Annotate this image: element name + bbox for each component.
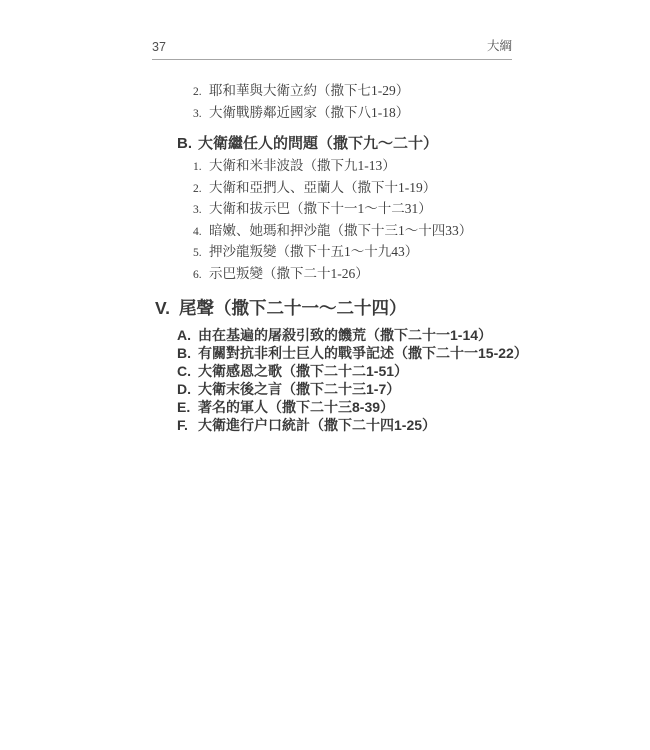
outline-content: 2. 耶和華與大衛立約（撒下七1-29） 3. 大衛戰勝鄰近國家（撒下八1-18… (152, 80, 524, 434)
section-title: 尾聲（撒下二十一～二十四） (179, 294, 407, 322)
section-title: 大衛繼任人的問題（撒下九～二十） (198, 132, 438, 155)
item-number: 2. (193, 82, 209, 104)
section-v-heading: V. 尾聲（撒下二十一～二十四） (152, 294, 524, 322)
item-number: 3. (193, 200, 209, 222)
item-text: 著名的軍人（撒下二十三8-39） (198, 398, 394, 416)
item-text: 大衛感恩之歌（撒下二十二1-51） (198, 362, 408, 380)
item-letter: D. (177, 380, 198, 398)
item-letter: C. (177, 362, 198, 380)
outline-item: 2. 大衛和亞捫人、亞蘭人（撒下十1-19） (152, 177, 524, 199)
outline-item: B. 有關對抗非利士巨人的戰爭記述（撒下二十一15-22） (152, 344, 524, 362)
outline-item: 3. 大衛戰勝鄰近國家（撒下八1-18） (152, 102, 524, 124)
item-text: 大衛和亞捫人、亞蘭人（撒下十1-19） (209, 177, 436, 199)
item-text: 由在基遍的屠殺引致的饑荒（撒下二十一1-14） (198, 326, 492, 344)
item-number: 6. (193, 265, 209, 287)
item-letter: E. (177, 398, 198, 416)
outline-item: D. 大衛末後之言（撒下二十三1-7） (152, 380, 524, 398)
outline-item: 5. 押沙龍叛變（撒下十五1～十九43） (152, 241, 524, 263)
outline-item: 3. 大衛和拔示巴（撒下十一1～十二31） (152, 198, 524, 220)
item-text: 耶和華與大衛立約（撒下七1-29） (209, 80, 409, 102)
page-header: 37 大綱 (152, 36, 512, 60)
item-number: 5. (193, 243, 209, 265)
item-letter: A. (177, 326, 198, 344)
item-text: 大衛末後之言（撒下二十三1-7） (198, 380, 400, 398)
outline-item: 1. 大衛和米非波設（撒下九1-13） (152, 155, 524, 177)
outline-item: 6. 示巴叛變（撒下二十1-26） (152, 263, 524, 285)
item-text: 暗嫩、她瑪和押沙龍（撒下十三1～十四33） (209, 220, 472, 242)
outline-item: E. 著名的軍人（撒下二十三8-39） (152, 398, 524, 416)
item-text: 示巴叛變（撒下二十1-26） (209, 263, 369, 285)
outline-item: F. 大衛進行户口統計（撒下二十四1-25） (152, 416, 524, 434)
item-text: 大衛和拔示巴（撒下十一1～十二31） (209, 198, 432, 220)
item-number: 3. (193, 104, 209, 126)
section-b-heading: B. 大衛繼任人的問題（撒下九～二十） (152, 132, 524, 155)
item-number: 2. (193, 179, 209, 201)
item-text: 大衛進行户口統計（撒下二十四1-25） (198, 416, 436, 434)
running-title: 大綱 (487, 36, 512, 54)
outline-item: A. 由在基遍的屠殺引致的饑荒（撒下二十一1-14） (152, 326, 524, 344)
item-text: 押沙龍叛變（撒下十五1～十九43） (209, 241, 418, 263)
item-text: 有關對抗非利士巨人的戰爭記述（撒下二十一15-22） (198, 344, 528, 362)
item-letter: F. (177, 416, 198, 434)
item-number: 1. (193, 157, 209, 179)
item-text: 大衛和米非波設（撒下九1-13） (209, 155, 396, 177)
item-text: 大衛戰勝鄰近國家（撒下八1-18） (209, 102, 409, 124)
item-letter: B. (177, 344, 198, 362)
section-roman-numeral: V. (155, 294, 179, 322)
outline-item: C. 大衛感恩之歌（撒下二十二1-51） (152, 362, 524, 380)
section-v-items: A. 由在基遍的屠殺引致的饑荒（撒下二十一1-14） B. 有關對抗非利士巨人的… (152, 326, 524, 434)
book-page: 37 大綱 2. 耶和華與大衛立約（撒下七1-29） 3. 大衛戰勝鄰近國家（撒… (0, 0, 650, 750)
outline-item: 4. 暗嫩、她瑪和押沙龍（撒下十三1～十四33） (152, 220, 524, 242)
outline-item: 2. 耶和華與大衛立約（撒下七1-29） (152, 80, 524, 102)
item-number: 4. (193, 222, 209, 244)
page-number: 37 (152, 40, 166, 54)
section-letter: B. (177, 132, 198, 155)
